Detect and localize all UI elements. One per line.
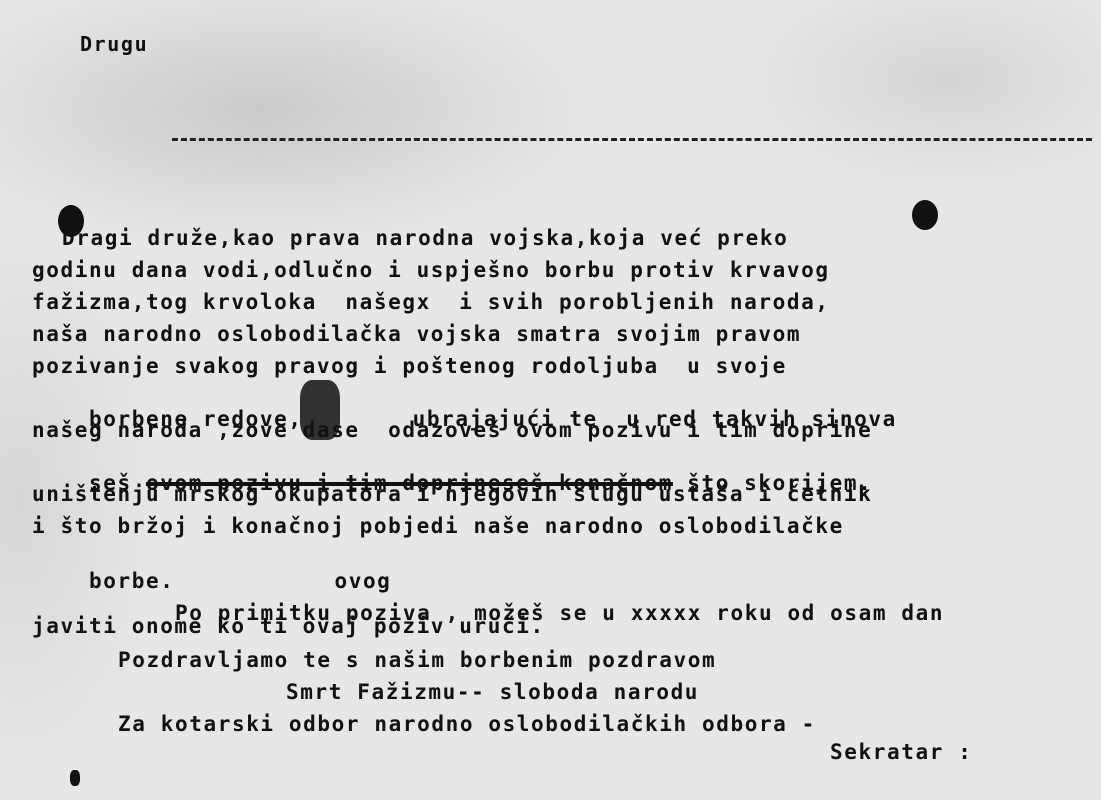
secretary-signature-label: Sekratar : (830, 742, 972, 763)
body-line-4: naša narodno oslobodilačka vojska smatra… (32, 324, 801, 345)
committee-line: Za kotarski odbor narodno oslobodilačkih… (118, 714, 816, 735)
body-line-12-part3: roku od osam dan (702, 601, 944, 625)
slogan-line: Smrt Fažizmu-- sloboda narodu (286, 682, 699, 703)
body-line-3: fažizma,tog krvoloka našegx i svih porob… (32, 292, 830, 313)
ink-mark (70, 770, 80, 786)
body-line-2: godinu dana vodi,odlučno i uspješno borb… (32, 260, 830, 281)
body-line-13: javiti onome ko ti ovaj poziv uruči. (32, 616, 545, 637)
body-line-5: pozivanje svakog pravog i poštenog rodol… (32, 356, 787, 377)
ink-blot (912, 200, 938, 230)
addressee: Drugu (80, 34, 148, 54)
overtyped-text: xxxxx (631, 601, 702, 625)
typewritten-letter: Drugu Dragi druže,kao prava narodna vojs… (0, 0, 1101, 800)
greeting-line: Pozdravljamo te s našim borbenim pozdrav… (118, 650, 716, 671)
body-line-7: našeg naroda ,zove dase odazoveš ovom po… (32, 420, 872, 441)
body-line-9: uništenju mrskog okupatora i njegovih sl… (32, 484, 872, 505)
body-line-1: Dragi druže,kao prava narodna vojska,koj… (62, 228, 788, 249)
address-blank-line (172, 138, 1092, 141)
body-line-10: i što bržoj i konačnoj pobjedi naše naro… (32, 516, 844, 537)
